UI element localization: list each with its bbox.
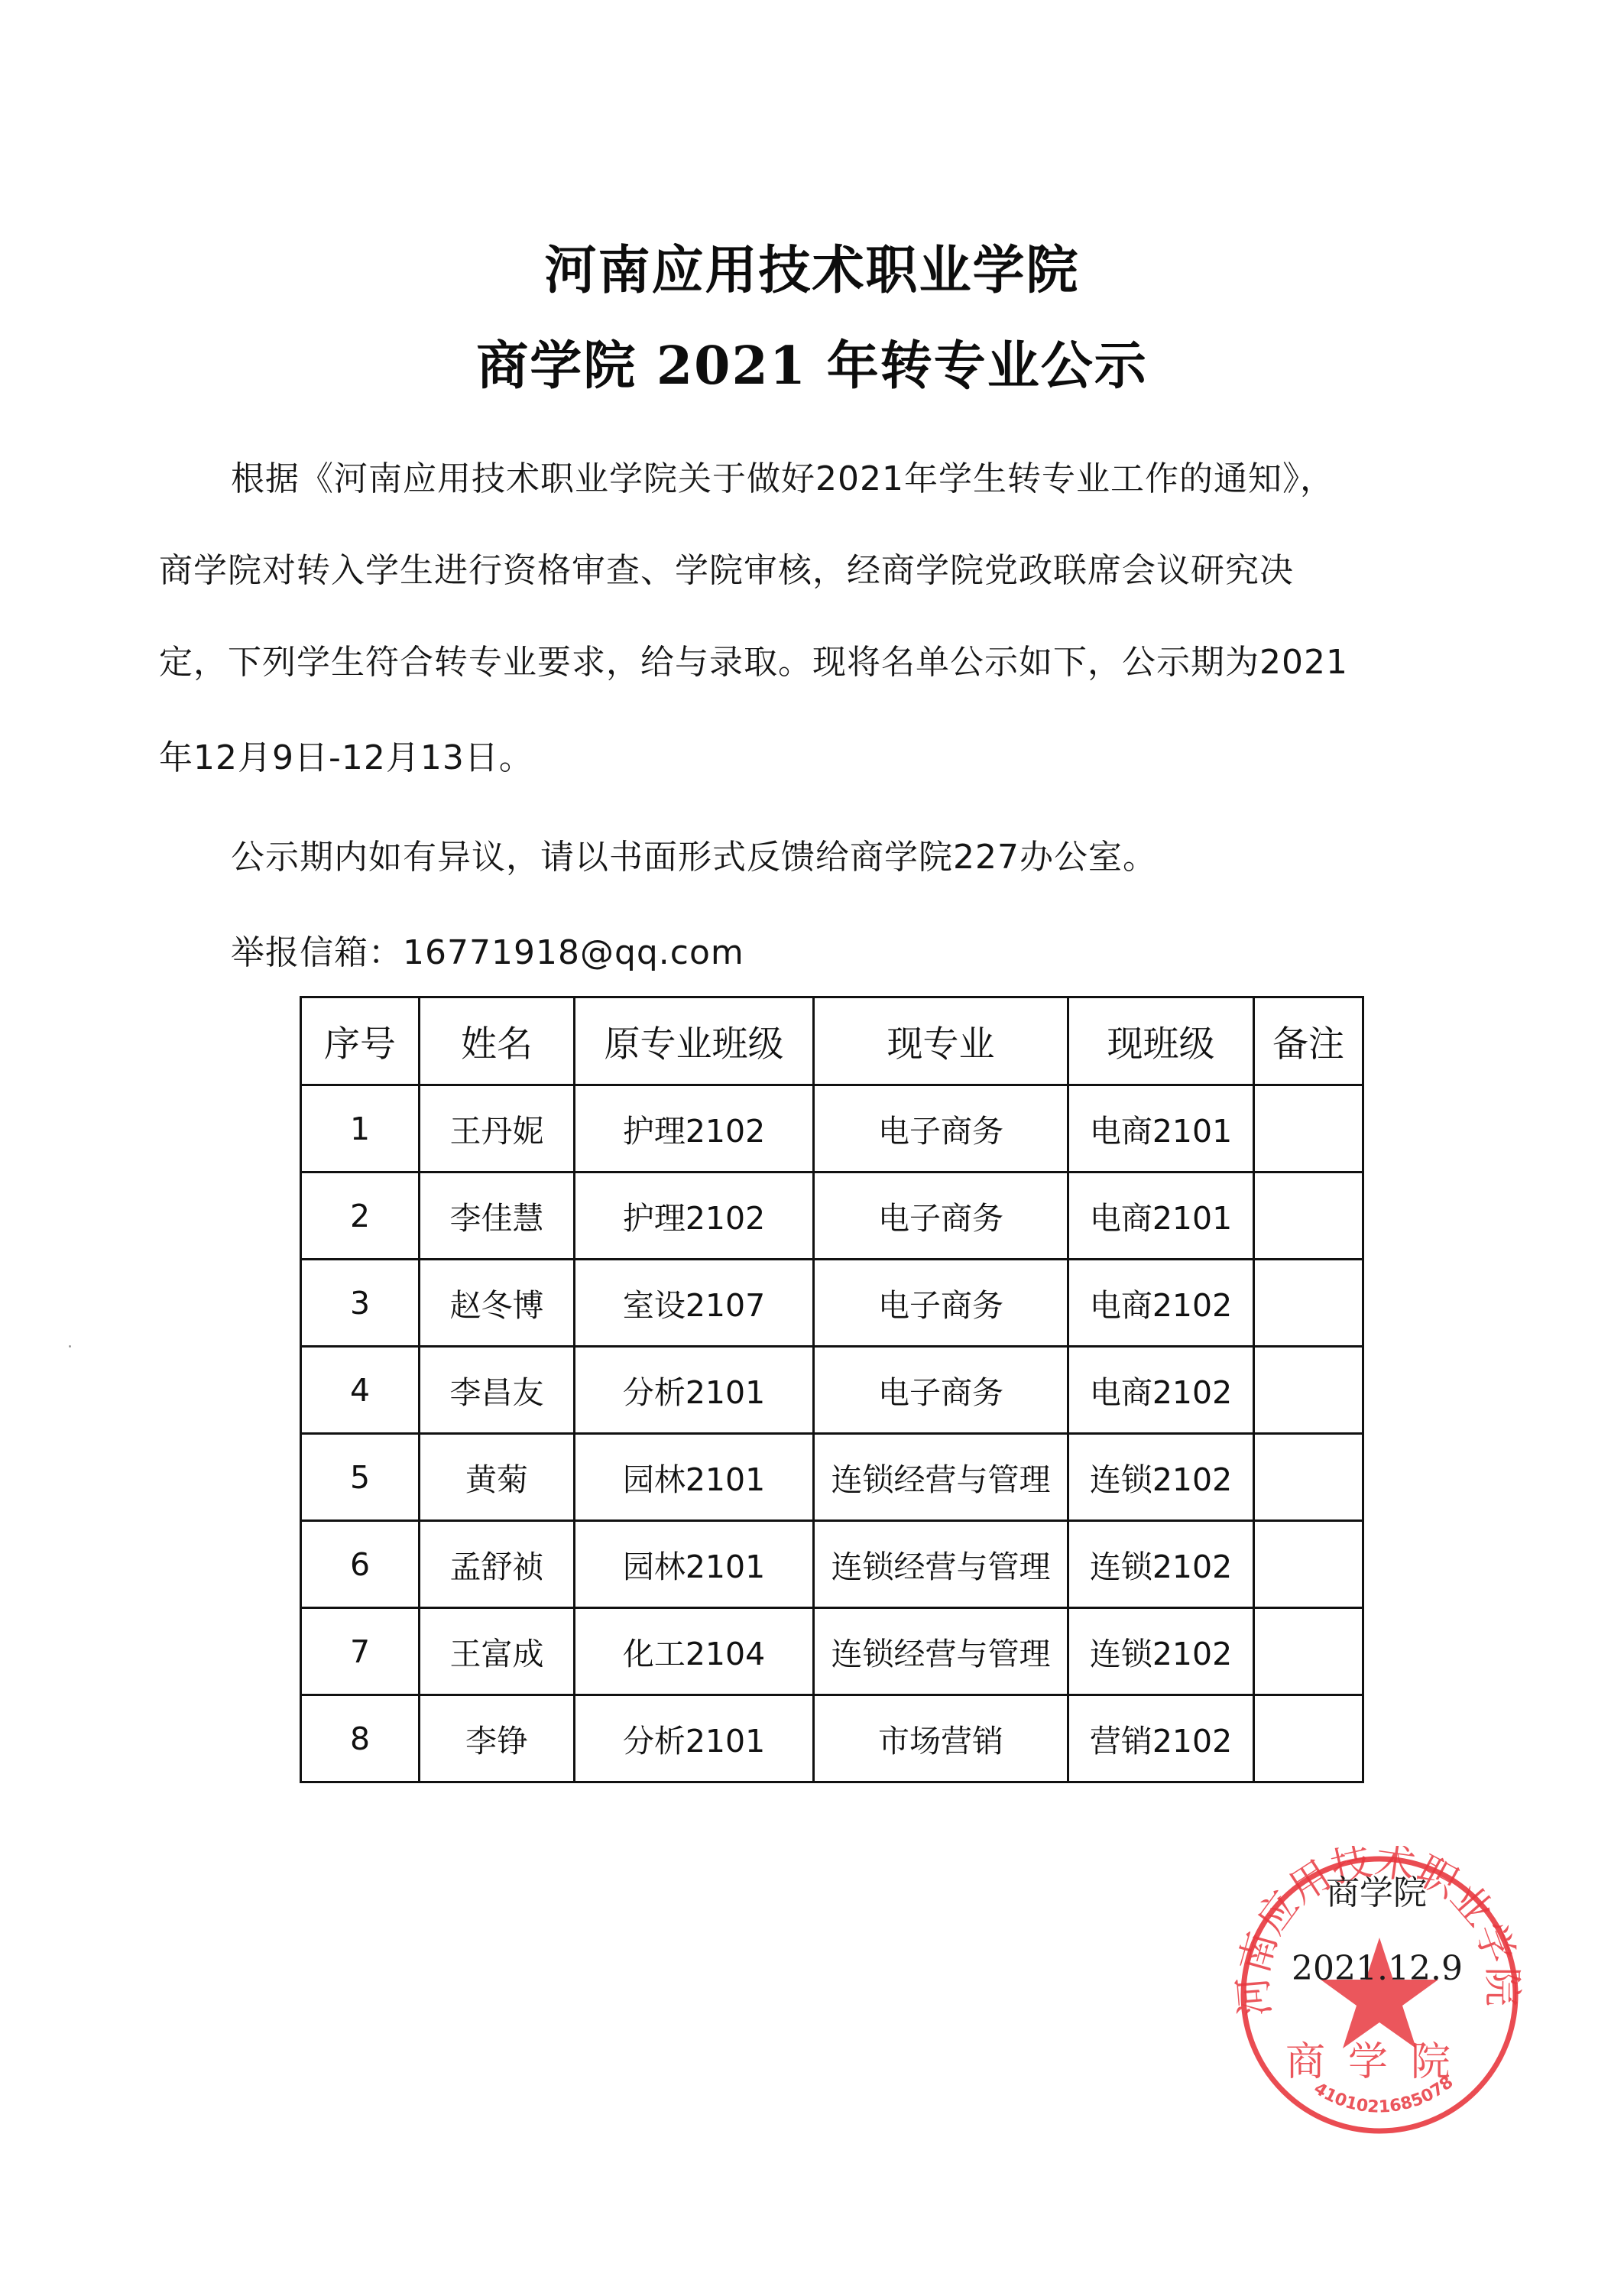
table-row: 8 李铮 分析2101 市场营销 营销2102 (301, 1695, 1363, 1782)
cell-remarks (1254, 1521, 1363, 1608)
paragraph-line: 根据《河南应用技术职业学院关于做好2021年学生转专业工作的通知》， (231, 451, 1334, 500)
table-row: 5 黄菊 园林2101 连锁经营与管理 连锁2102 (301, 1434, 1363, 1521)
cell-index: 8 (301, 1695, 420, 1782)
cell-original-class: 园林2101 (575, 1521, 814, 1608)
header-current-class: 现班级 (1068, 997, 1254, 1085)
cell-current-major: 连锁经营与管理 (814, 1521, 1068, 1608)
cell-remarks (1254, 1347, 1363, 1434)
cell-index: 7 (301, 1608, 420, 1695)
cell-name: 王富成 (420, 1608, 575, 1695)
cell-name: 李佳慧 (420, 1172, 575, 1260)
table-row: 3 赵冬博 室设2107 电子商务 电商2102 (301, 1260, 1363, 1347)
report-email: 举报信箱：16771918@qq.com (231, 925, 744, 974)
cell-current-major: 电子商务 (814, 1347, 1068, 1434)
cell-name: 孟舒祯 (420, 1521, 575, 1608)
cell-current-major: 电子商务 (814, 1085, 1068, 1172)
table-row: 4 李昌友 分析2101 电子商务 电商2102 (301, 1347, 1363, 1434)
cell-name: 李铮 (420, 1695, 575, 1782)
cell-remarks (1254, 1608, 1363, 1695)
cell-name: 黄菊 (420, 1434, 575, 1521)
cell-current-major: 电子商务 (814, 1260, 1068, 1347)
scan-speck (69, 1345, 71, 1348)
transfer-student-table: 序号 姓名 原专业班级 现专业 现班级 备注 1 王丹妮 护理2102 电子商务… (300, 996, 1364, 1783)
cell-current-class: 电商2102 (1068, 1260, 1254, 1347)
table-row: 2 李佳慧 护理2102 电子商务 电商2101 (301, 1172, 1363, 1260)
table-row: 1 王丹妮 护理2102 电子商务 电商2101 (301, 1085, 1363, 1172)
document-title-line1: 河南应用技术职业学院 (0, 229, 1624, 303)
cell-current-class: 电商2101 (1068, 1172, 1254, 1260)
cell-original-class: 室设2107 (575, 1260, 814, 1347)
cell-current-class: 营销2102 (1068, 1695, 1254, 1782)
cell-index: 3 (301, 1260, 420, 1347)
cell-index: 1 (301, 1085, 420, 1172)
cell-current-class: 连锁2102 (1068, 1608, 1254, 1695)
cell-remarks (1254, 1695, 1363, 1782)
table-row: 6 孟舒祯 园林2101 连锁经营与管理 连锁2102 (301, 1521, 1363, 1608)
paragraph-line: 年12月9日-12月13日。 (159, 730, 533, 779)
cell-index: 6 (301, 1521, 420, 1608)
signature-department: 商学院 (1326, 1865, 1427, 1914)
cell-index: 5 (301, 1434, 420, 1521)
cell-original-class: 园林2101 (575, 1434, 814, 1521)
cell-original-class: 分析2101 (575, 1695, 814, 1782)
cell-current-class: 电商2101 (1068, 1085, 1254, 1172)
cell-current-major: 连锁经营与管理 (814, 1434, 1068, 1521)
document-title-line2: 商学院 2021 年转专业公示 (0, 325, 1624, 399)
cell-name: 李昌友 (420, 1347, 575, 1434)
cell-name: 王丹妮 (420, 1085, 575, 1172)
cell-current-major: 连锁经营与管理 (814, 1608, 1068, 1695)
cell-name: 赵冬博 (420, 1260, 575, 1347)
cell-current-class: 连锁2102 (1068, 1521, 1254, 1608)
cell-remarks (1254, 1085, 1363, 1172)
cell-current-major: 市场营销 (814, 1695, 1068, 1782)
cell-current-class: 电商2102 (1068, 1347, 1254, 1434)
cell-index: 2 (301, 1172, 420, 1260)
table-row: 7 王富成 化工2104 连锁经营与管理 连锁2102 (301, 1608, 1363, 1695)
cell-original-class: 护理2102 (575, 1172, 814, 1260)
cell-remarks (1254, 1172, 1363, 1260)
cell-original-class: 分析2101 (575, 1347, 814, 1434)
header-index: 序号 (301, 997, 420, 1085)
paragraph-line: 定，下列学生符合转专业要求，给与录取。现将名单公示如下，公示期为2021 (159, 634, 1348, 683)
cell-original-class: 化工2104 (575, 1608, 814, 1695)
header-current-major: 现专业 (814, 997, 1068, 1085)
paragraph-line: 商学院对转入学生进行资格审查、学院审核，经商学院党政联席会议研究决 (159, 543, 1294, 592)
cell-index: 4 (301, 1347, 420, 1434)
header-original-class: 原专业班级 (575, 997, 814, 1085)
cell-remarks (1254, 1260, 1363, 1347)
objection-notice: 公示期内如有异议，请以书面形式反馈给商学院227办公室。 (231, 829, 1157, 878)
cell-current-class: 连锁2102 (1068, 1434, 1254, 1521)
cell-current-major: 电子商务 (814, 1172, 1068, 1260)
cell-original-class: 护理2102 (575, 1085, 814, 1172)
table-header-row: 序号 姓名 原专业班级 现专业 现班级 备注 (301, 997, 1363, 1085)
header-remarks: 备注 (1254, 997, 1363, 1085)
header-name: 姓名 (420, 997, 575, 1085)
signature-date: 2021.12.9 (1292, 1949, 1463, 1988)
cell-remarks (1254, 1434, 1363, 1521)
